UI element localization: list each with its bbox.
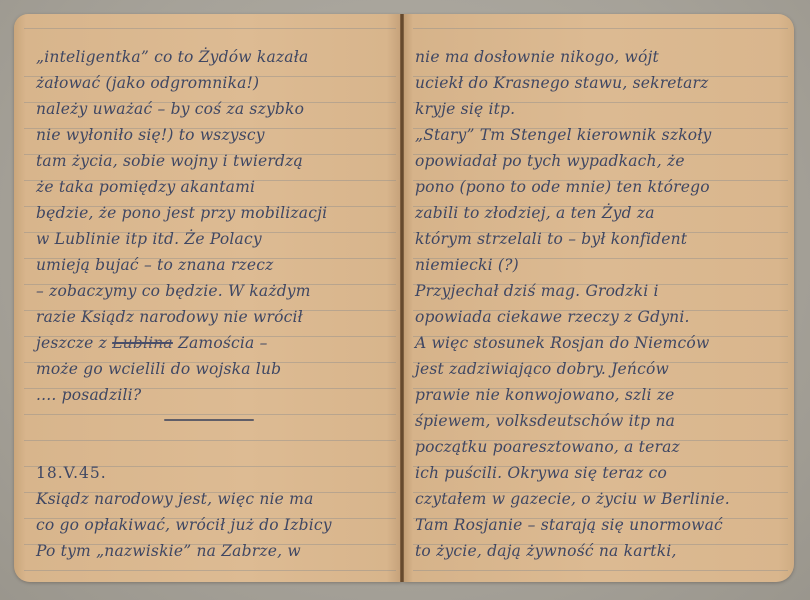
blank-line [36,434,394,460]
handwritten-line: Ksiądz narodowy jest, więc nie ma [36,486,394,512]
handwritten-line: jest zadziwiająco dobry. Jeńców [415,356,786,382]
handwritten-line-with-strikethrough: jeszcze z Lublina Zamościa – [36,330,394,356]
right-page-text: nie ma dosłownie nikogo, wójt uciekł do … [415,50,786,570]
handwritten-line: opowiadał po tych wypadkach, że [415,148,786,174]
handwritten-line: śpiewem, volksdeutschów itp na [415,408,786,434]
handwritten-line: Po tym „nazwiskie” na Zabrze, w [36,538,394,564]
handwritten-line: początku poaresztowano, a teraz [415,434,786,460]
section-divider-stroke [164,419,254,421]
handwritten-line: czytałem w gazecie, o życiu w Berlinie. [415,486,786,512]
entry-date: 18.V.45. [36,460,394,486]
handwritten-line: A więc stosunek Rosjan do Niemców [415,330,786,356]
struck-word: Lublina [112,334,173,352]
handwritten-line: – zobaczymy co będzie. W każdym [36,278,394,304]
handwritten-line: umieją bujać – to znana rzecz [36,252,394,278]
handwritten-line: że taka pomiędzy akantami [36,174,394,200]
handwritten-line: prawie nie konwojowano, szli ze [415,382,786,408]
handwritten-line: w Lublinie itp itd. Że Polacy [36,226,394,252]
line-suffix: Zamościa – [173,334,268,352]
notebook-binding [400,14,404,582]
handwritten-line: nie ma dosłownie nikogo, wójt [415,44,786,70]
handwritten-line: Tam Rosjanie – starają się unormować [415,512,786,538]
handwritten-line: opowiada ciekawe rzeczy z Gdyni. [415,304,786,330]
open-notebook: „inteligentka” co to Żydów kazała żałowa… [14,14,794,582]
handwritten-line: nie wyłoniło się!) to wszyscy [36,122,394,148]
handwritten-line: niemiecki (?) [415,252,786,278]
handwritten-line: uciekł do Krasnego stawu, sekretarz [415,70,786,96]
handwritten-line: „Stary” Tm Stengel kierownik szkoły [415,122,786,148]
left-page-text: „inteligentka” co to Żydów kazała żałowa… [36,50,394,570]
handwritten-line: to życie, dają żywność na kartki, [415,538,786,564]
right-page: nie ma dosłownie nikogo, wójt uciekł do … [403,14,794,582]
left-page: „inteligentka” co to Żydów kazała żałowa… [14,14,402,582]
handwritten-line: tam życia, sobie wojny i twierdzą [36,148,394,174]
handwritten-line: Przyjechał dziś mag. Grodzki i [415,278,786,304]
line-prefix: jeszcze z [36,334,112,352]
handwritten-line: ich puścili. Okrywa się teraz co [415,460,786,486]
handwritten-line: razie Ksiądz narodowy nie wrócił [36,304,394,330]
handwritten-line: „inteligentka” co to Żydów kazała [36,44,394,70]
handwritten-line: którym strzelali to – był konfident [415,226,786,252]
handwritten-line: może go wcielili do wojska lub [36,356,394,382]
handwritten-line: pono (pono to ode mnie) ten którego [415,174,786,200]
handwritten-line: .... posadzili? [36,382,394,408]
handwritten-line: zabili to złodziej, a ten Żyd za [415,200,786,226]
handwritten-line: będzie, że pono jest przy mobilizacji [36,200,394,226]
handwritten-line: żałować (jako odgromnika!) [36,70,394,96]
handwritten-line: należy uważać – by coś za szybko [36,96,394,122]
blank-line [36,408,394,434]
handwritten-line: kryje się itp. [415,96,786,122]
handwritten-line: co go opłakiwać, wrócił już do Izbicy [36,512,394,538]
